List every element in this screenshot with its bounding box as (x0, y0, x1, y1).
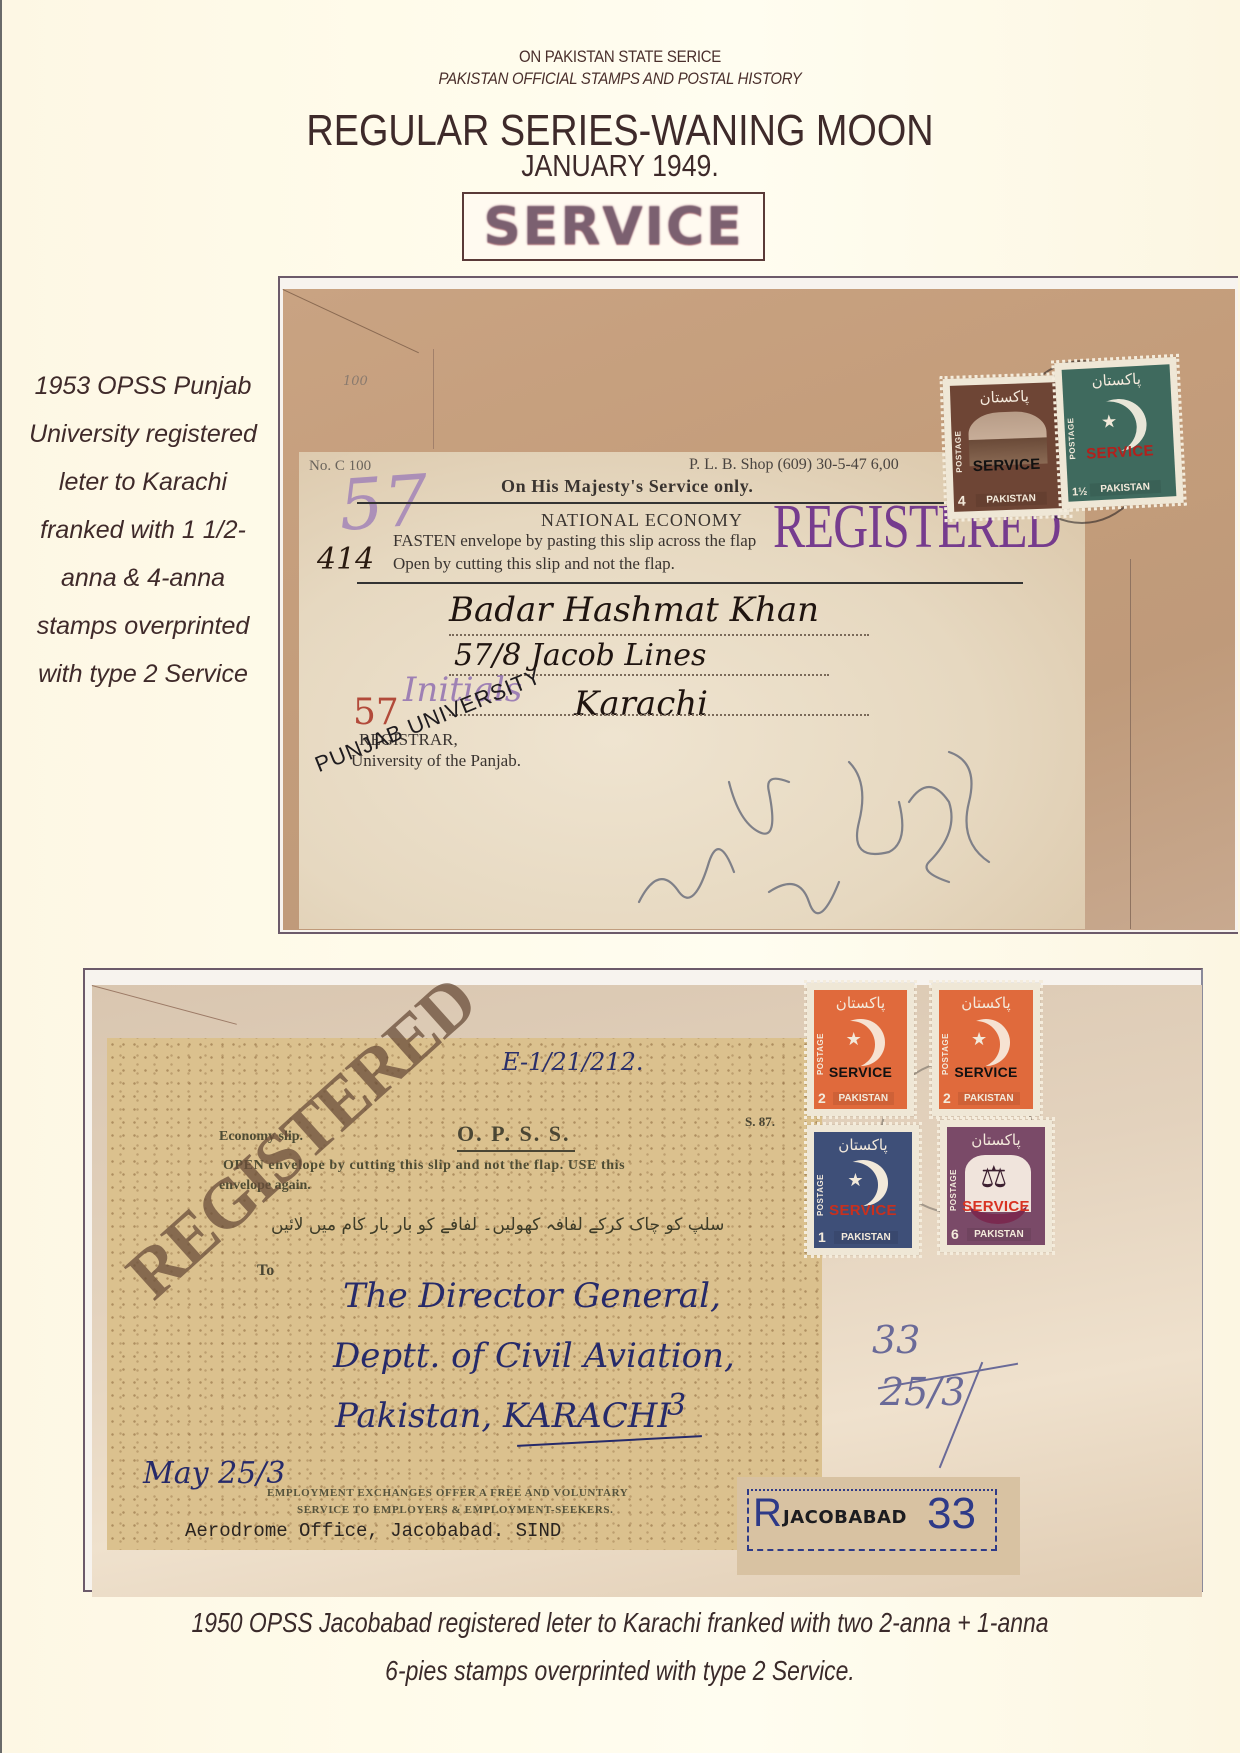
handwritten-reference-number: 414 (317, 542, 374, 577)
stamp-country: PAKISTAN (967, 1228, 1032, 1241)
service-overprint-sample: SERVICE (462, 192, 765, 261)
slip-footer-line-2: SERVICE TO EMPLOYERS & EMPLOYMENT-SEEKER… (297, 1504, 613, 1516)
stamp-country: PAKISTAN (1089, 480, 1161, 497)
stamp-4-anna-brown: پاکستان POSTAGE SERVICE 4 PAKISTAN (943, 375, 1070, 519)
stamp-1-anna-blue: پاکستان ★ POSTAGE SERVICE 1 PAKISTAN (807, 1125, 919, 1255)
stamp-value: 2 (943, 1090, 951, 1106)
slip-printer-imprint: P. L. B. Shop (609) 30-5-47 6,00 (689, 456, 899, 474)
slip-instruction-open: Open by cutting this slip and not the fl… (393, 554, 675, 574)
pencil-number-bottom: 25/3 (880, 1370, 965, 1414)
stamp-service-overprint: SERVICE (814, 1202, 912, 1219)
form-reference: S. 87. (745, 1114, 775, 1130)
stamp-urdu-legend: پاکستان (814, 1136, 912, 1154)
star-icon: ★ (847, 1170, 863, 1191)
pencil-note: 100 (343, 374, 368, 389)
stamp-2-anna-orange: پاکستان ★ POSTAGE SERVICE 2 PAKISTAN (932, 983, 1040, 1116)
handwritten-initials: May 25/3 (143, 1456, 285, 1491)
stamp-country: PAKISTAN (833, 1092, 894, 1105)
sender-office: Aerodrome Office, Jacobabad. SIND (185, 1520, 561, 1542)
stamp-country: PAKISTAN (975, 492, 1047, 507)
registration-office: JACOBABAD (783, 1507, 907, 1528)
address-line-3: Pakistan, KARACHI (335, 1396, 671, 1436)
stamp-6-pies-purple: پاکستان ⚖ POSTAGE SERVICE 6 PAKISTAN (940, 1120, 1052, 1252)
slip-footer-line-1: EMPLOYMENT EXCHANGES OFFER A FREE AND VO… (267, 1487, 628, 1499)
address-line-2: Deptt. of Civil Aviation, (333, 1336, 735, 1376)
slip-heading: On His Majesty's Service only. (501, 476, 753, 497)
stamp-service-overprint: SERVICE (939, 1064, 1033, 1080)
address-street: 57/8 Jacob Lines (454, 638, 706, 673)
stamp-country: PAKISTAN (958, 1092, 1020, 1105)
registration-number: 33 (927, 1489, 976, 1539)
address-dotted-line (449, 634, 869, 636)
star-icon: ★ (846, 1029, 862, 1050)
stamp-urdu-legend: پاکستان (1062, 368, 1171, 392)
address-zone: 3 (667, 1388, 686, 1423)
stamp-value: 1 (818, 1229, 826, 1245)
envelope-flap-fold (433, 349, 434, 449)
address-line-1: The Director General, (343, 1276, 721, 1316)
stamp-value: 6 (951, 1226, 959, 1242)
stamp-service-overprint: SERVICE (947, 1198, 1045, 1215)
slip-rule-bottom (357, 582, 1023, 584)
file-reference: E-1/21/212. (502, 1048, 644, 1076)
address-dotted-line (449, 714, 869, 716)
bottom-cover-caption-line-2: 6-pies stamps overprinted with type 2 Se… (112, 1655, 1129, 1687)
stamp-value: 2 (818, 1090, 826, 1106)
header-society-line: ON PAKISTAN STATE SERICE (74, 47, 1165, 67)
slip-subheading: NATIONAL ECONOMY (541, 510, 743, 531)
stamp-service-overprint: SERVICE (814, 1064, 907, 1080)
envelope-flap-edge (283, 289, 419, 353)
stamp-service-overprint: SERVICE (1066, 441, 1175, 464)
stamp-urdu-legend: پاکستان (950, 386, 1059, 408)
envelope-fold-line (1130, 559, 1131, 929)
slip-urdu-instruction: سلپ کو چاک کرکے لفافہ کھولیں۔ لفافے کو ب… (271, 1214, 724, 1235)
address-city: Karachi (574, 684, 708, 724)
top-cover-caption: 1953 OPSS Punjab University registered l… (18, 362, 268, 698)
stamp-urdu-legend: پاکستان (814, 994, 907, 1012)
stamp-value: 1½ (1072, 486, 1088, 499)
pencil-number-top: 33 (872, 1318, 920, 1362)
karachi-underline (517, 1435, 702, 1447)
registration-prefix: R (753, 1491, 782, 1536)
address-to-label: To (257, 1262, 274, 1280)
page-edge (0, 0, 2, 1753)
stamp-urdu-legend: پاکستان (939, 994, 1033, 1012)
stamp-service-overprint: SERVICE (952, 455, 1061, 476)
opss-underline (457, 1150, 575, 1152)
stamp-value: 4 (958, 492, 966, 508)
slip-instruction-fasten: FASTEN envelope by pasting this slip acr… (393, 531, 756, 551)
bottom-cover-economy-slip: E-1/21/212. Economy slip. O. P. S. S. S.… (107, 1038, 822, 1550)
star-icon: ★ (971, 1029, 987, 1050)
registration-label: R JACOBABAD 33 (737, 1477, 1020, 1575)
service-overprint-text: SERVICE (483, 197, 743, 257)
stamp-country: PAKISTAN (834, 1231, 899, 1244)
bottom-cover-caption-line-1: 1950 OPSS Jacobabad registered leter to … (112, 1607, 1129, 1639)
page-date: JANUARY 1949. (87, 148, 1153, 184)
stamp-2-anna-orange: پاکستان ★ POSTAGE SERVICE 2 PAKISTAN (807, 983, 914, 1116)
address-name: Badar Hashmat Khan (449, 590, 819, 630)
star-icon: ★ (1101, 411, 1118, 433)
opss-heading: O. P. S. S. (457, 1121, 571, 1147)
pencil-urdu-notation (619, 722, 999, 922)
envelope-flap-edge (92, 985, 237, 1025)
stamp-1-half-anna-green: پاکستان ★ POSTAGE SERVICE 1½ PAKISTAN (1054, 357, 1183, 509)
stamp-urdu-legend: پاکستان (947, 1131, 1045, 1149)
header-subtitle: PAKISTAN OFFICIAL STAMPS AND POSTAL HIST… (74, 69, 1165, 89)
